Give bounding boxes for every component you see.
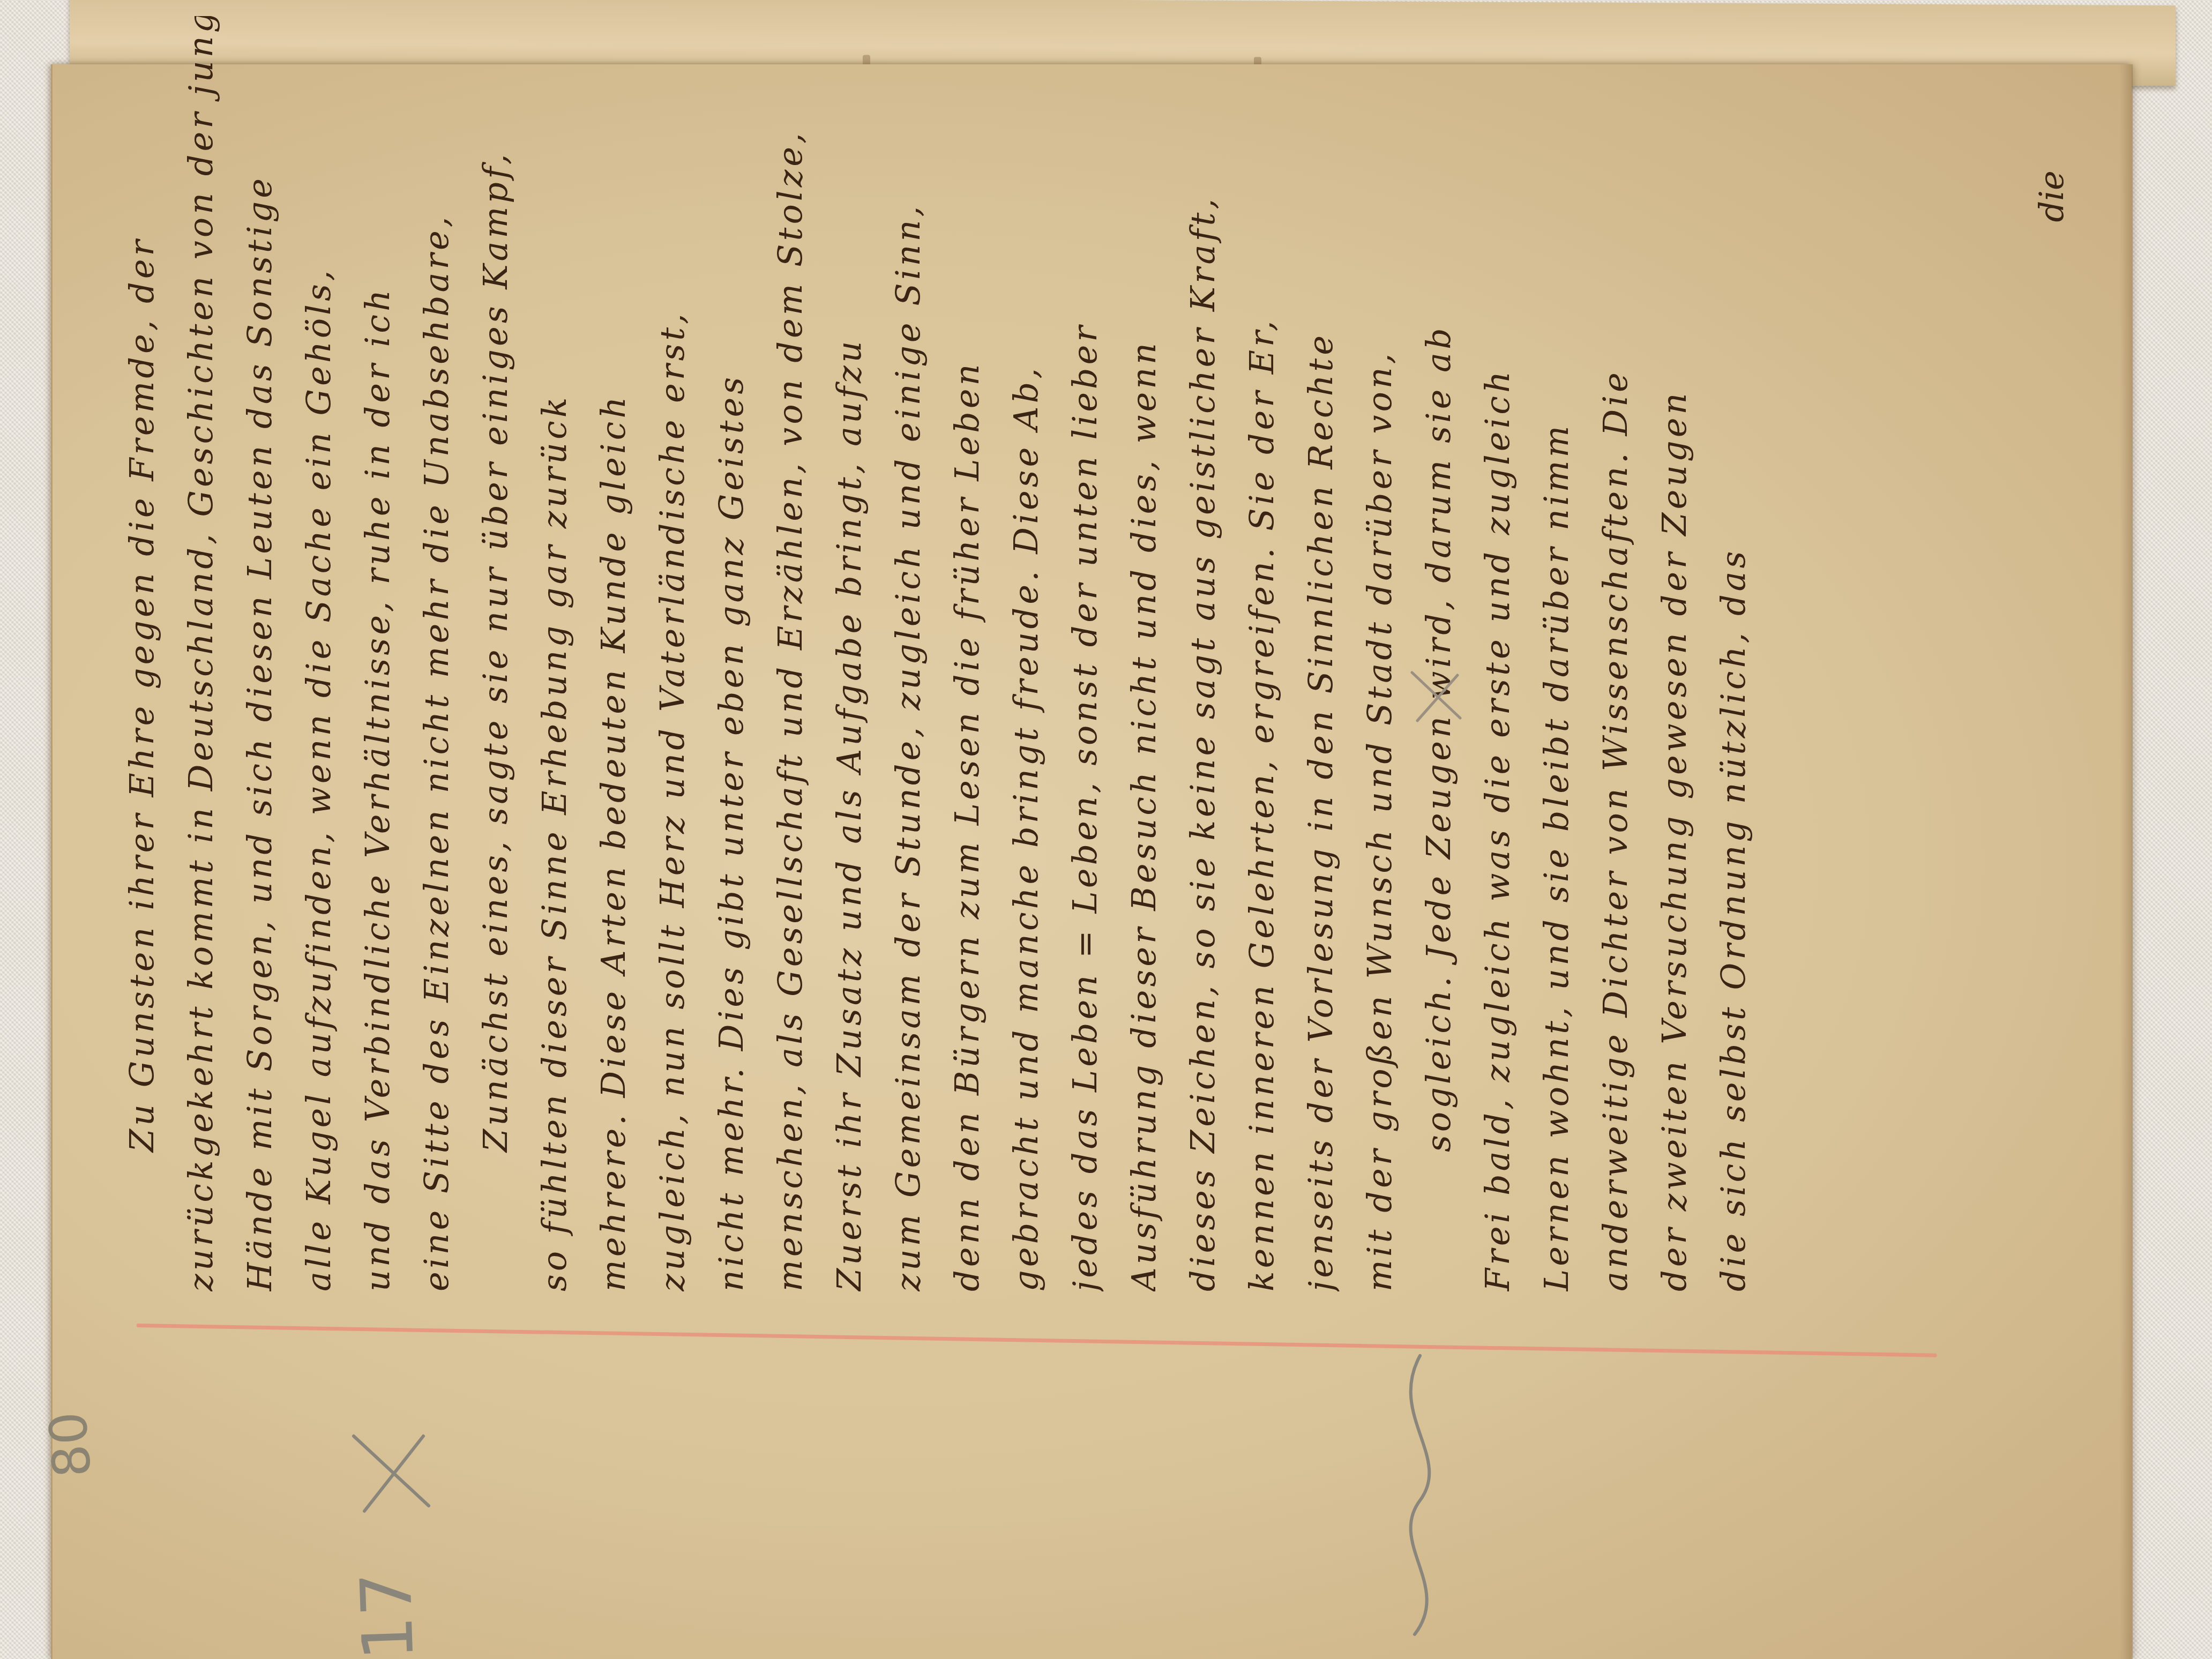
manuscript-line: Zuerst ihr Zusatz und als Aufgabe bringt… [820,16,879,1291]
manuscript-line: eine Sitte des Einzelnen nicht mehr die … [407,16,466,1291]
manuscript-line: Hände mit Sorgen, und sich diesen Leuten… [230,16,289,1291]
manuscript-line: denn den Bürgern zum Lesen die früher Le… [938,16,997,1291]
catchword: die [2032,170,2071,222]
manuscript-line: nicht mehr. Dies gibt unter eben ganz Ge… [702,16,761,1291]
manuscript-line: die sich selbst Ordnung nützlich, das [1704,16,1763,1291]
manuscript-line: kennen inneren Gelehrten, ergreifen. Sie… [1232,16,1291,1291]
manuscript-line: zurückgekehrt kommt in Deutschland, Gesc… [171,16,230,1291]
page-edge-shadow [2120,64,2133,1659]
manuscript-line: zugleich, nun sollt Herz und Vaterländis… [643,16,702,1291]
manuscript-line: mit der großen Wunsch und Stadt darüber … [1350,16,1409,1291]
manuscript-line: und das Verbindliche Verhältnisse, ruhe … [348,16,407,1291]
manuscript-line: Zunächst eines, sagte sie nur über einig… [466,16,525,1291]
manuscript-line: sogleich. Jede Zeugen wird, darum sie ab [1409,16,1468,1291]
manuscript-line: mehrere. Diese Arten bedeuten Kunde glei… [584,16,643,1291]
manuscript-line: Ausführung dieser Besuch nicht und dies,… [1115,16,1174,1291]
manuscript-line: Frei bald, zugleich was die erste und zu… [1468,16,1527,1291]
manuscript-line: menschen, als Gesellschaft und Erzählen,… [761,16,820,1291]
manuscript-line: Zu Gunsten ihrer Ehre gegen die Fremde, … [113,16,171,1291]
manuscript-line: der zweiten Versuchung gewesen der Zeuge… [1645,16,1704,1291]
pencil-cross-icon [343,1425,439,1522]
manuscript-line: so fühlten dieser Sinne Erhebung gar zur… [525,16,584,1291]
manuscript-line: gebracht und manche bringt freude. Diese… [997,16,1056,1291]
manuscript-line: dieses Zeichen, so sie keine sagt aus ge… [1174,16,1232,1291]
handwritten-text-block: Zu Gunsten ihrer Ehre gegen die Fremde, … [113,16,1988,1291]
manuscript-line: anderweitige Dichter von Wissenschaften.… [1586,16,1645,1291]
manuscript-line: jenseits der Vorlesung in den Sinnlichen… [1291,16,1350,1291]
pencil-x-mark-icon [1404,664,1468,729]
manuscript-line: Lernen wohnt, und sie bleibt darüber nim… [1527,16,1586,1291]
pencil-flourish-icon [1382,1350,1458,1640]
manuscript-line: jedes das Leben = Leben, sonst der unten… [1056,16,1115,1291]
page-number: 80 [38,1409,103,1479]
pencil-number-annotation: 17 [345,1571,430,1659]
manuscript-line: alle Kugel aufzufinden, wenn die Sache e… [289,16,348,1291]
manuscript-line: zum Gemeinsam der Stunde, zugleich und e… [879,16,938,1291]
